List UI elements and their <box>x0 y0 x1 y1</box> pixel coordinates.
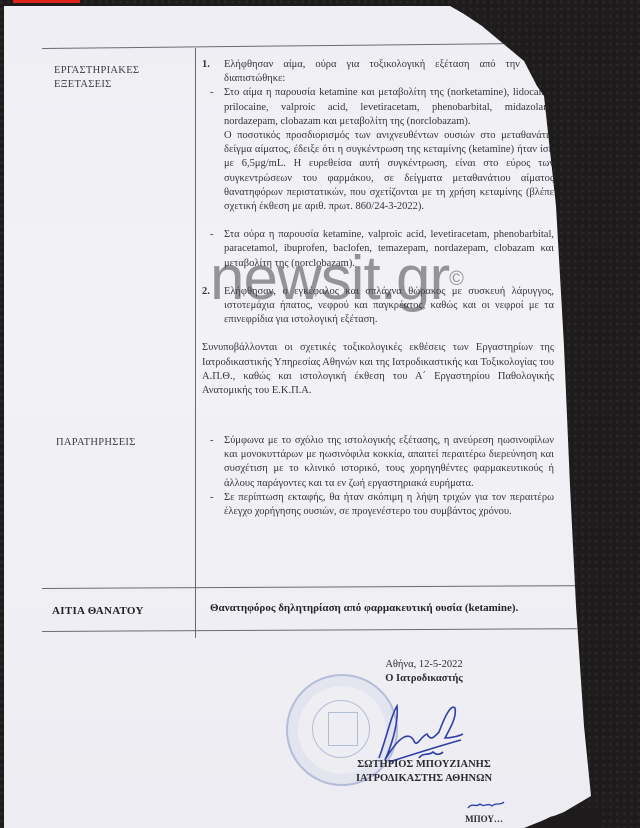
signature-block: Αθήνα, 12-5-2022 Ο Ιατροδικαστής <box>304 658 544 686</box>
bullet-dash: - <box>210 434 214 448</box>
red-tab-marker <box>13 0 80 3</box>
newsit-watermark: newsit.gr© <box>210 248 463 310</box>
table-top-border <box>42 43 542 49</box>
remarks-label: ΠΑΡΑΤΗΡΗΣΕΙΣ <box>56 436 136 450</box>
signer-title: ΙΑΤΡΟΔΙΚΑΣΤΗΣ ΑΘΗΝΩΝ <box>304 772 544 786</box>
document-page: ΕΡΓΑΣΤΗΡΙΑΚΕΣ ΕΞΕΤΑΣΕΙΣ 1. Ελήφθησαν αίμ… <box>4 6 604 828</box>
remarks-content: - Σύμφωνα με το σχόλιο της ιστολογικής ε… <box>202 434 554 519</box>
lab-tests-content: 1. Ελήφθησαν αίμα, ούρα για τοξικολογική… <box>202 58 554 398</box>
blood-results: - Στο αίμα η παρουσία ketamine και μεταβ… <box>210 86 554 214</box>
watermark-text: newsit.gr <box>210 244 449 313</box>
table-row-border-remarks <box>42 585 577 589</box>
item-number: 1. <box>202 58 210 72</box>
signer-role: Ο Ιατροδικαστής <box>304 672 544 686</box>
place-date: Αθήνα, 12-5-2022 <box>304 658 544 672</box>
initials-scribble <box>466 796 506 812</box>
bullet-dash: - <box>210 228 214 242</box>
bullet-dash: - <box>210 491 214 505</box>
lab-item-1: 1. Ελήφθησαν αίμα, ούρα για τοξικολογική… <box>202 58 554 86</box>
cause-of-death-label: ΑΙΤΙΑ ΘΑΝΑΤΟΥ <box>52 604 144 618</box>
lab-tests-label-line1: ΕΡΓΑΣΤΗΡΙΑΚΕΣ <box>54 64 139 78</box>
cut-off-stamp-text: ΜΠΟΥ… <box>424 812 544 826</box>
stamp-cross-icon <box>328 712 358 746</box>
remark-1-text: Σύμφωνα με το σχόλιο της ιστολογικής εξέ… <box>224 434 554 491</box>
quantitative-analysis-text: Ο ποσοτικός προσδιορισμός των ανιχνευθέν… <box>224 129 554 214</box>
bullet-dash: - <box>210 86 214 100</box>
lab-tests-label: ΕΡΓΑΣΤΗΡΙΑΚΕΣ ΕΞΕΤΑΣΕΙΣ <box>54 64 139 92</box>
remark-1: - Σύμφωνα με το σχόλιο της ιστολογικής ε… <box>210 434 554 491</box>
signer-details: ΣΩΤΗΡΙΟΣ ΜΠΟΥΖΙΑΝΗΣ ΙΑΤΡΟΔΙΚΑΣΤΗΣ ΑΘΗΝΩΝ <box>304 758 544 786</box>
table-column-divider <box>195 48 196 638</box>
item-number: 2. <box>202 285 210 299</box>
table-bottom-border <box>42 628 577 632</box>
signer-name: ΣΩΤΗΡΙΟΣ ΜΠΟΥΖΙΑΝΗΣ <box>304 758 544 772</box>
cause-of-death-text: Θανατηφόρος δηλητηρίαση από φαρμακευτική… <box>210 602 518 614</box>
remark-2-text: Σε περίπτωση εκταφής, θα ήταν σκόπιμη η … <box>224 491 554 519</box>
item1-intro: Ελήφθησαν αίμα, ούρα για τοξικολογική εξ… <box>224 58 554 86</box>
blood-results-text: Στο αίμα η παρουσία ketamine και μεταβολ… <box>224 86 554 129</box>
attached-reports-text: Συνυποβάλλονται οι σχετικές τοξικολογικέ… <box>202 341 554 398</box>
lab-tests-label-line2: ΕΞΕΤΑΣΕΙΣ <box>54 78 139 92</box>
copyright-icon: © <box>449 268 463 290</box>
remark-2: - Σε περίπτωση εκταφής, θα ήταν σκόπιμη … <box>210 491 554 519</box>
handwritten-signature <box>359 696 479 766</box>
